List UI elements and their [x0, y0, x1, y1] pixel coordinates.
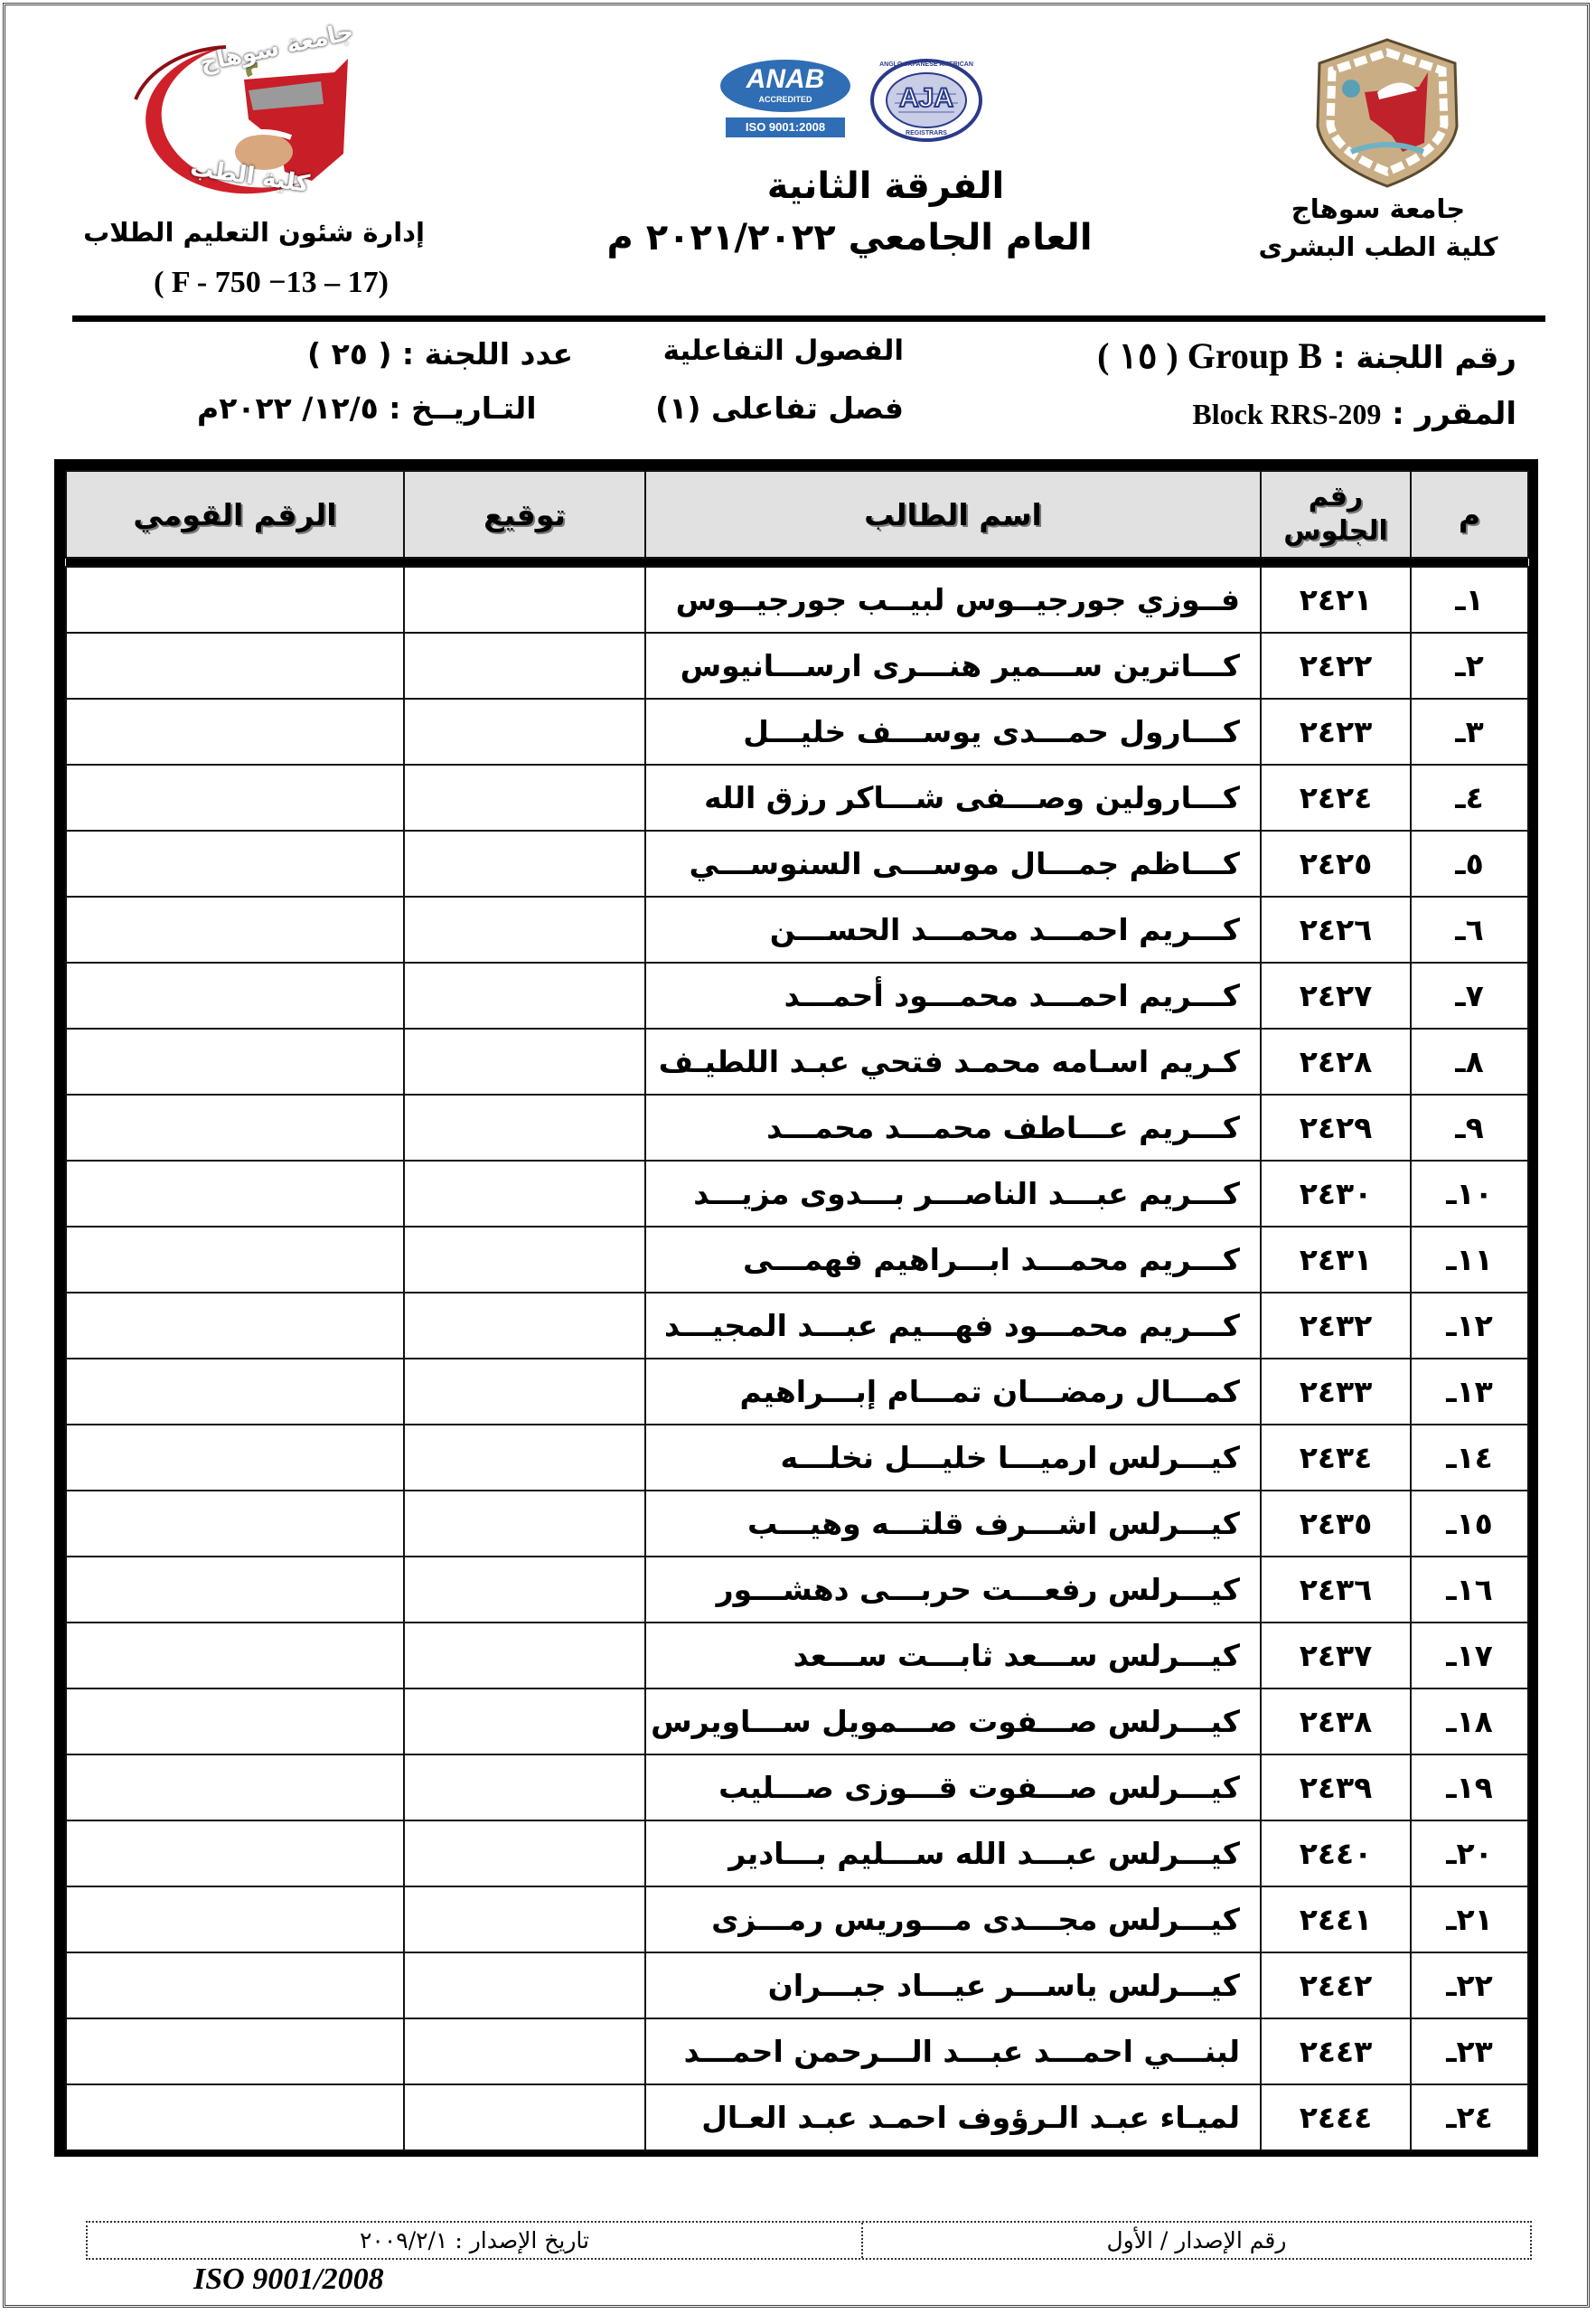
- table-row: ٨ـ٢٤٢٨كـريم اسـامه محمـد فتحي عبـد اللطي…: [66, 1029, 1528, 1095]
- student-name: لميـاء عبـد الـرؤوف احمـد عبـد العـال: [645, 2084, 1261, 2150]
- signature-cell[interactable]: [404, 2084, 645, 2150]
- row-index: ١٧ـ: [1411, 1623, 1528, 1688]
- row-index: ٢٤ـ: [1411, 2084, 1528, 2150]
- national-id-cell[interactable]: [66, 1161, 404, 1227]
- student-name: كـــريم محمـــود فهـــيم عبـــد المجيـــ…: [645, 1293, 1261, 1359]
- signature-cell[interactable]: [404, 1952, 645, 2018]
- national-id-cell[interactable]: [66, 1688, 404, 1754]
- interactive-class-number: فصل تفاعلى (١): [687, 390, 904, 426]
- seat-number: ٢٤٣٧: [1261, 1623, 1411, 1688]
- national-id-cell[interactable]: [66, 1491, 404, 1557]
- row-index: ٩ـ: [1411, 1095, 1528, 1161]
- row-index: ٣ـ: [1411, 699, 1528, 765]
- signature-cell[interactable]: [404, 1095, 645, 1161]
- table-row: ٢٠ـ٢٤٤٠كيـــرلس عبـــد الله ســـليم بـــ…: [66, 1820, 1528, 1886]
- course: المقرر : Block RRS-209: [1141, 396, 1516, 432]
- seat-number: ٢٤٣٨: [1261, 1688, 1411, 1754]
- header-separator: [66, 558, 1528, 567]
- table-row: ٤ـ٢٤٢٤كـــارولين وصـــفى شـــاكر رزق الل…: [66, 765, 1528, 831]
- table-row: ١٥ـ٢٤٣٥كيـــرلس اشـــرف قلتـــه وهيـــب: [66, 1491, 1528, 1557]
- seat-number: ٢٤٤٤: [1261, 2084, 1411, 2150]
- signature-cell[interactable]: [404, 2018, 645, 2084]
- national-id-cell[interactable]: [66, 1425, 404, 1491]
- table-row: ٢٢ـ٢٤٤٢كيـــرلس ياســـر عيـــاد جبـــران: [66, 1952, 1528, 2018]
- course-value: Block RRS-209: [1192, 398, 1381, 430]
- signature-cell[interactable]: [404, 831, 645, 897]
- table-row: ١٦ـ٢٤٣٦كيـــرلس رفعـــت حربـــى دهشـــور: [66, 1557, 1528, 1623]
- seat-header-line2: الجلوس: [1262, 514, 1410, 549]
- student-name: كيـــرلس اشـــرف قلتـــه وهيـــب: [645, 1491, 1261, 1557]
- table-row: ٦ـ٢٤٢٦كـــريم احمـــد محمـــد الحســـن: [66, 897, 1528, 963]
- national-id-cell[interactable]: [66, 1886, 404, 1952]
- aja-logo: AJA ANGLO JAPANESE AMERICAN REGISTRARS: [869, 58, 983, 143]
- table-row: ١٤ـ٢٤٣٤كيـــرلس ارميـــا خليـــل نخلـــه: [66, 1425, 1528, 1491]
- table-row: ١٩ـ٢٤٣٩كيـــرلس صـــفوت قـــوزى صـــليب: [66, 1754, 1528, 1820]
- student-name: كـــريم احمـــد محمـــد الحســـن: [645, 897, 1261, 963]
- signature-cell[interactable]: [404, 699, 645, 765]
- signature-cell[interactable]: [404, 1754, 645, 1820]
- seat-number: ٢٤٢٢: [1261, 633, 1411, 699]
- seat-number: ٢٤٣٤: [1261, 1425, 1411, 1491]
- student-name: لبنـــي احمـــد عبـــد الـــرحمن احمـــد: [645, 2018, 1261, 2084]
- row-index: ١٦ـ: [1411, 1557, 1528, 1623]
- student-name: كيـــرلس مجـــدى مـــوريس رمـــزى: [645, 1886, 1261, 1952]
- national-id-cell[interactable]: [66, 2084, 404, 2150]
- faculty-name: كلية الطب البشرى: [1256, 231, 1500, 262]
- seat-number: ٢٤٢٣: [1261, 699, 1411, 765]
- national-id-cell[interactable]: [66, 1095, 404, 1161]
- signature-cell[interactable]: [404, 1491, 645, 1557]
- national-id-cell[interactable]: [66, 633, 404, 699]
- column-header-national-id: الرقم القومي: [66, 471, 404, 558]
- anab-logo: ANAB ACCREDITED ISO 9001:2008: [718, 60, 854, 143]
- signature-cell[interactable]: [404, 1688, 645, 1754]
- student-name: كمـــال رمضـــان تمـــام إبـــراهيم: [645, 1359, 1261, 1425]
- table-row: ١٧ـ٢٤٣٧كيـــرلس ســـعد ثابـــت ســـعد: [66, 1623, 1528, 1688]
- national-id-cell[interactable]: [66, 765, 404, 831]
- student-name: كـــريم احمـــد محمـــود أحمـــد: [645, 963, 1261, 1029]
- aja-ring-bottom: REGISTRARS: [869, 130, 983, 136]
- table-row: ١٨ـ٢٤٣٨كيـــرلس صـــفوت صـــمويل ســـاوي…: [66, 1688, 1528, 1754]
- signature-cell[interactable]: [404, 1359, 645, 1425]
- national-id-cell[interactable]: [66, 1557, 404, 1623]
- seat-header-line1: رقم: [1262, 480, 1410, 514]
- signature-cell[interactable]: [404, 1293, 645, 1359]
- signature-cell[interactable]: [404, 1557, 645, 1623]
- national-id-cell[interactable]: [66, 1293, 404, 1359]
- national-id-cell[interactable]: [66, 567, 404, 633]
- seat-number: ٢٤٣٥: [1261, 1491, 1411, 1557]
- row-index: ٢٣ـ: [1411, 2018, 1528, 2084]
- seat-number: ٢٤٢٧: [1261, 963, 1411, 1029]
- table-row: ٣ـ٢٤٢٣كـــارول حمـــدى يوســـف خليـــل: [66, 699, 1528, 765]
- row-index: ١٤ـ: [1411, 1425, 1528, 1491]
- national-id-cell[interactable]: [66, 2018, 404, 2084]
- column-header-signature: توقيع: [404, 471, 645, 558]
- student-name: كيـــرلس ارميـــا خليـــل نخلـــه: [645, 1425, 1261, 1491]
- row-index: ٢٠ـ: [1411, 1820, 1528, 1886]
- header-divider: [72, 315, 1545, 322]
- table-row: ٢٤ـ٢٤٤٤لميـاء عبـد الـرؤوف احمـد عبـد ال…: [66, 2084, 1528, 2150]
- student-name: كـــريم عبـــد الناصـــر بـــدوى مزيـــد: [645, 1161, 1261, 1227]
- seat-number: ٢٤٢١: [1261, 567, 1411, 633]
- student-name: كـــاترين ســـمير هنـــرى ارســـانيوس: [645, 633, 1261, 699]
- attendance-table: م رقم الجلوس اسم الطالب توقيع الرقم القو…: [65, 470, 1529, 2151]
- student-name: كيـــرلس صـــفوت قـــوزى صـــليب: [645, 1754, 1261, 1820]
- seat-number: ٢٤٤١: [1261, 1886, 1411, 1952]
- national-id-cell[interactable]: [66, 1820, 404, 1886]
- signature-cell[interactable]: [404, 765, 645, 831]
- form-code: ( F - 750 −13 – 17): [117, 266, 425, 300]
- national-id-cell[interactable]: [66, 1029, 404, 1095]
- issue-date: تاريخ الإصدار : ٢٠٠٩/٢/١: [88, 2223, 861, 2258]
- seat-number: ٢٤٢٨: [1261, 1029, 1411, 1095]
- anab-accredited: ACCREDITED: [718, 95, 852, 104]
- university-name: جامعة سوهاج: [1256, 193, 1500, 224]
- row-index: ٧ـ: [1411, 963, 1528, 1029]
- seat-number: ٢٤٣٩: [1261, 1754, 1411, 1820]
- department-name: إدارة شئون التعليم الطلاب: [117, 217, 425, 248]
- national-id-cell[interactable]: [66, 1359, 404, 1425]
- table-row: ٢١ـ٢٤٤١كيـــرلس مجـــدى مـــوريس رمـــزى: [66, 1886, 1528, 1952]
- student-name: فــوزي جورجيــوس لبيــب جورجيــوس: [645, 567, 1261, 633]
- table-row: ١٠ـ٢٤٣٠كـــريم عبـــد الناصـــر بـــدوى …: [66, 1161, 1528, 1227]
- row-index: ٢ـ: [1411, 633, 1528, 699]
- page-title: الفرقة الثانية: [633, 165, 1139, 207]
- national-id-cell[interactable]: [66, 831, 404, 897]
- national-id-cell[interactable]: [66, 963, 404, 1029]
- seat-number: ٢٤٣٠: [1261, 1161, 1411, 1227]
- student-name: كيـــرلس ياســـر عيـــاد جبـــران: [645, 1952, 1261, 2018]
- row-index: ١٣ـ: [1411, 1359, 1528, 1425]
- signature-cell[interactable]: [404, 1029, 645, 1095]
- seat-number: ٢٤٤٢: [1261, 1952, 1411, 2018]
- committee-count: عدد اللجنة : ( ٢٥ ): [307, 336, 573, 372]
- row-index: ١ـ: [1411, 567, 1528, 633]
- faculty-of-medicine-logo: جامعة سوهاج كلية الطب: [90, 36, 361, 199]
- seat-number: ٢٤٤٣: [1261, 2018, 1411, 2084]
- student-name: كيـــرلس ســـعد ثابـــت ســـعد: [645, 1623, 1261, 1688]
- row-index: ١٠ـ: [1411, 1161, 1528, 1227]
- national-id-cell[interactable]: [66, 699, 404, 765]
- seat-number: ٢٤٢٤: [1261, 765, 1411, 831]
- exam-date: التـاريــخ : ١٢/٥/ ٢٠٢٢م: [197, 390, 537, 426]
- table-row: ١٢ـ٢٤٣٢كـــريم محمـــود فهـــيم عبـــد ا…: [66, 1293, 1528, 1359]
- anab-label: ANAB: [718, 64, 852, 95]
- signature-cell[interactable]: [404, 633, 645, 699]
- row-index: ٨ـ: [1411, 1029, 1528, 1095]
- seat-number: ٢٤٣١: [1261, 1227, 1411, 1293]
- row-index: ١٥ـ: [1411, 1491, 1528, 1557]
- row-index: ٦ـ: [1411, 897, 1528, 963]
- national-id-cell[interactable]: [66, 1754, 404, 1820]
- national-id-cell[interactable]: [66, 1952, 404, 2018]
- issue-info-box: رقم الإصدار / الأول تاريخ الإصدار : ٢٠٠٩…: [86, 2221, 1532, 2260]
- iso-certification: ISO 9001/2008: [193, 2262, 384, 2297]
- table-row: ١٣ـ٢٤٣٣كمـــال رمضـــان تمـــام إبـــراه…: [66, 1359, 1528, 1425]
- student-name: كـــارولين وصـــفى شـــاكر رزق الله: [645, 765, 1261, 831]
- student-name: كـــارول حمـــدى يوســـف خليـــل: [645, 699, 1261, 765]
- student-name: كـــريم عـــاطف محمـــد محمـــد: [645, 1095, 1261, 1161]
- seat-number: ٢٤٣٣: [1261, 1359, 1411, 1425]
- signature-cell[interactable]: [404, 897, 645, 963]
- table-row: ٢ـ٢٤٢٢كـــاترين ســـمير هنـــرى ارســـان…: [66, 633, 1528, 699]
- committee-number-label: رقم اللجنة :: [1333, 340, 1516, 376]
- signature-cell[interactable]: [404, 1161, 645, 1227]
- issue-number: رقم الإصدار / الأول: [861, 2223, 1530, 2258]
- student-name: كيـــرلس صـــفوت صـــمويل ســـاويرس: [645, 1688, 1261, 1754]
- row-index: ٢٢ـ: [1411, 1952, 1528, 2018]
- academic-year: العام الجامعي ٢٠٢١/٢٠٢٢ م: [596, 217, 1103, 259]
- student-name: كـــاظم جمـــال موســـى السنوســـي: [645, 831, 1261, 897]
- column-header-student-name: اسم الطالب: [645, 471, 1261, 558]
- aja-ring-top: ANGLO JAPANESE AMERICAN: [869, 61, 983, 68]
- seat-number: ٢٤٢٦: [1261, 897, 1411, 963]
- seat-number: ٢٤٢٩: [1261, 1095, 1411, 1161]
- seat-number: ٢٤٣٢: [1261, 1293, 1411, 1359]
- national-id-cell[interactable]: [66, 1623, 404, 1688]
- university-crest-icon: [1301, 36, 1473, 190]
- student-name: كـريم اسـامه محمـد فتحي عبـد اللطيـف: [645, 1029, 1261, 1095]
- table-header-row: م رقم الجلوس اسم الطالب توقيع الرقم القو…: [66, 471, 1528, 558]
- anab-iso-badge: ISO 9001:2008: [726, 118, 845, 137]
- signature-cell[interactable]: [404, 963, 645, 1029]
- table-row: ١١ـ٢٤٣١كـــريم محمـــد ابـــراهيم فهمـــ…: [66, 1227, 1528, 1293]
- student-name: كيـــرلس عبـــد الله ســـليم بـــادير: [645, 1820, 1261, 1886]
- course-label: المقرر :: [1392, 396, 1516, 432]
- signature-cell[interactable]: [404, 1227, 645, 1293]
- student-name: كـــريم محمـــد ابـــراهيم فهمـــى: [645, 1227, 1261, 1293]
- sohag-university-crest: [1301, 36, 1473, 190]
- table-row: ٩ـ٢٤٢٩كـــريم عـــاطف محمـــد محمـــد: [66, 1095, 1528, 1161]
- committee-number-value: Group B ( ١٥ ): [1097, 335, 1322, 376]
- seat-number: ٢٤٢٥: [1261, 831, 1411, 897]
- student-name: كيـــرلس رفعـــت حربـــى دهشـــور: [645, 1557, 1261, 1623]
- seat-number: ٢٤٣٦: [1261, 1557, 1411, 1623]
- row-index: ١٩ـ: [1411, 1754, 1528, 1820]
- aja-label: AJA: [869, 83, 983, 114]
- signature-cell[interactable]: [404, 1623, 645, 1688]
- signature-cell[interactable]: [404, 1425, 645, 1491]
- row-index: ١٢ـ: [1411, 1293, 1528, 1359]
- row-index: ٤ـ: [1411, 765, 1528, 831]
- row-index: ٢١ـ: [1411, 1886, 1528, 1952]
- row-index: ٥ـ: [1411, 831, 1528, 897]
- table-row: ٥ـ٢٤٢٥كـــاظم جمـــال موســـى السنوســـي: [66, 831, 1528, 897]
- table-row: ١ـ٢٤٢١فــوزي جورجيــوس لبيــب جورجيــوس: [66, 567, 1528, 633]
- interactive-classes-label: الفصول التفاعلية: [687, 334, 904, 367]
- column-header-index: م: [1411, 471, 1528, 558]
- national-id-cell[interactable]: [66, 897, 404, 963]
- column-header-seat-number: رقم الجلوس: [1261, 471, 1411, 558]
- committee-number: رقم اللجنة : Group B ( ١٥ ): [1097, 334, 1516, 377]
- table-row: ٧ـ٢٤٢٧كـــريم احمـــد محمـــود أحمـــد: [66, 963, 1528, 1029]
- signature-cell[interactable]: [404, 1820, 645, 1886]
- signature-cell[interactable]: [404, 1886, 645, 1952]
- national-id-cell[interactable]: [66, 1227, 404, 1293]
- row-index: ١١ـ: [1411, 1227, 1528, 1293]
- row-index: ١٨ـ: [1411, 1688, 1528, 1754]
- table-row: ٢٣ـ٢٤٤٣لبنـــي احمـــد عبـــد الـــرحمن …: [66, 2018, 1528, 2084]
- seat-number: ٢٤٤٠: [1261, 1820, 1411, 1886]
- attendance-table-frame: م رقم الجلوس اسم الطالب توقيع الرقم القو…: [54, 459, 1538, 2157]
- signature-cell[interactable]: [404, 567, 645, 633]
